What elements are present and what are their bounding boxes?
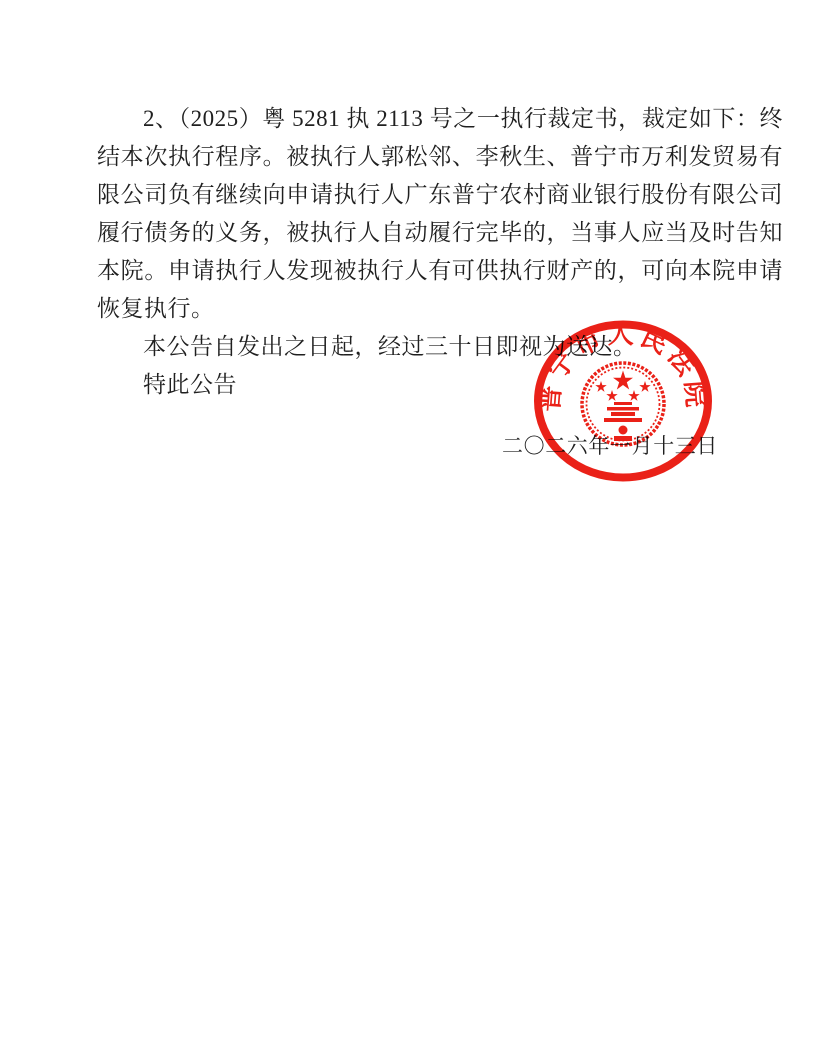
small-star-icon <box>639 381 650 392</box>
wreath-knot-icon <box>619 426 628 435</box>
svg-text:普宁市人民法院: 普宁市人民法院 <box>535 320 711 413</box>
body-line: 结本次执行程序。被执行人郭松邻、李秋生、普宁市万利发贸易有 <box>97 138 783 176</box>
tiananmen-gate-icon <box>604 402 642 422</box>
small-star-icon <box>628 390 639 401</box>
seal-court-name: 普宁市人民法院 <box>535 320 711 413</box>
body-line: 履行债务的义务，被执行人自动履行完毕的，当事人应当及时告知 <box>97 214 783 252</box>
body-line: 本院。申请执行人发现被执行人有可供执行财产的，可向本院申请 <box>97 252 783 290</box>
wreath-ribbon-icon <box>614 436 632 441</box>
official-seal: 普宁市人民法院 <box>532 319 714 483</box>
document-page: 2、（2025）粤 5281 执 2113 号之一执行裁定书，裁定如下：终 结本… <box>0 0 815 1055</box>
big-star-icon <box>613 371 633 390</box>
body-line: 2、（2025）粤 5281 执 2113 号之一执行裁定书，裁定如下：终 <box>97 100 783 138</box>
small-star-icon <box>595 381 606 392</box>
small-star-icon <box>606 390 617 401</box>
body-line: 限公司负有继续向申请执行人广东普宁农村商业银行股份有限公司 <box>97 176 783 214</box>
national-emblem-icon <box>582 363 664 445</box>
